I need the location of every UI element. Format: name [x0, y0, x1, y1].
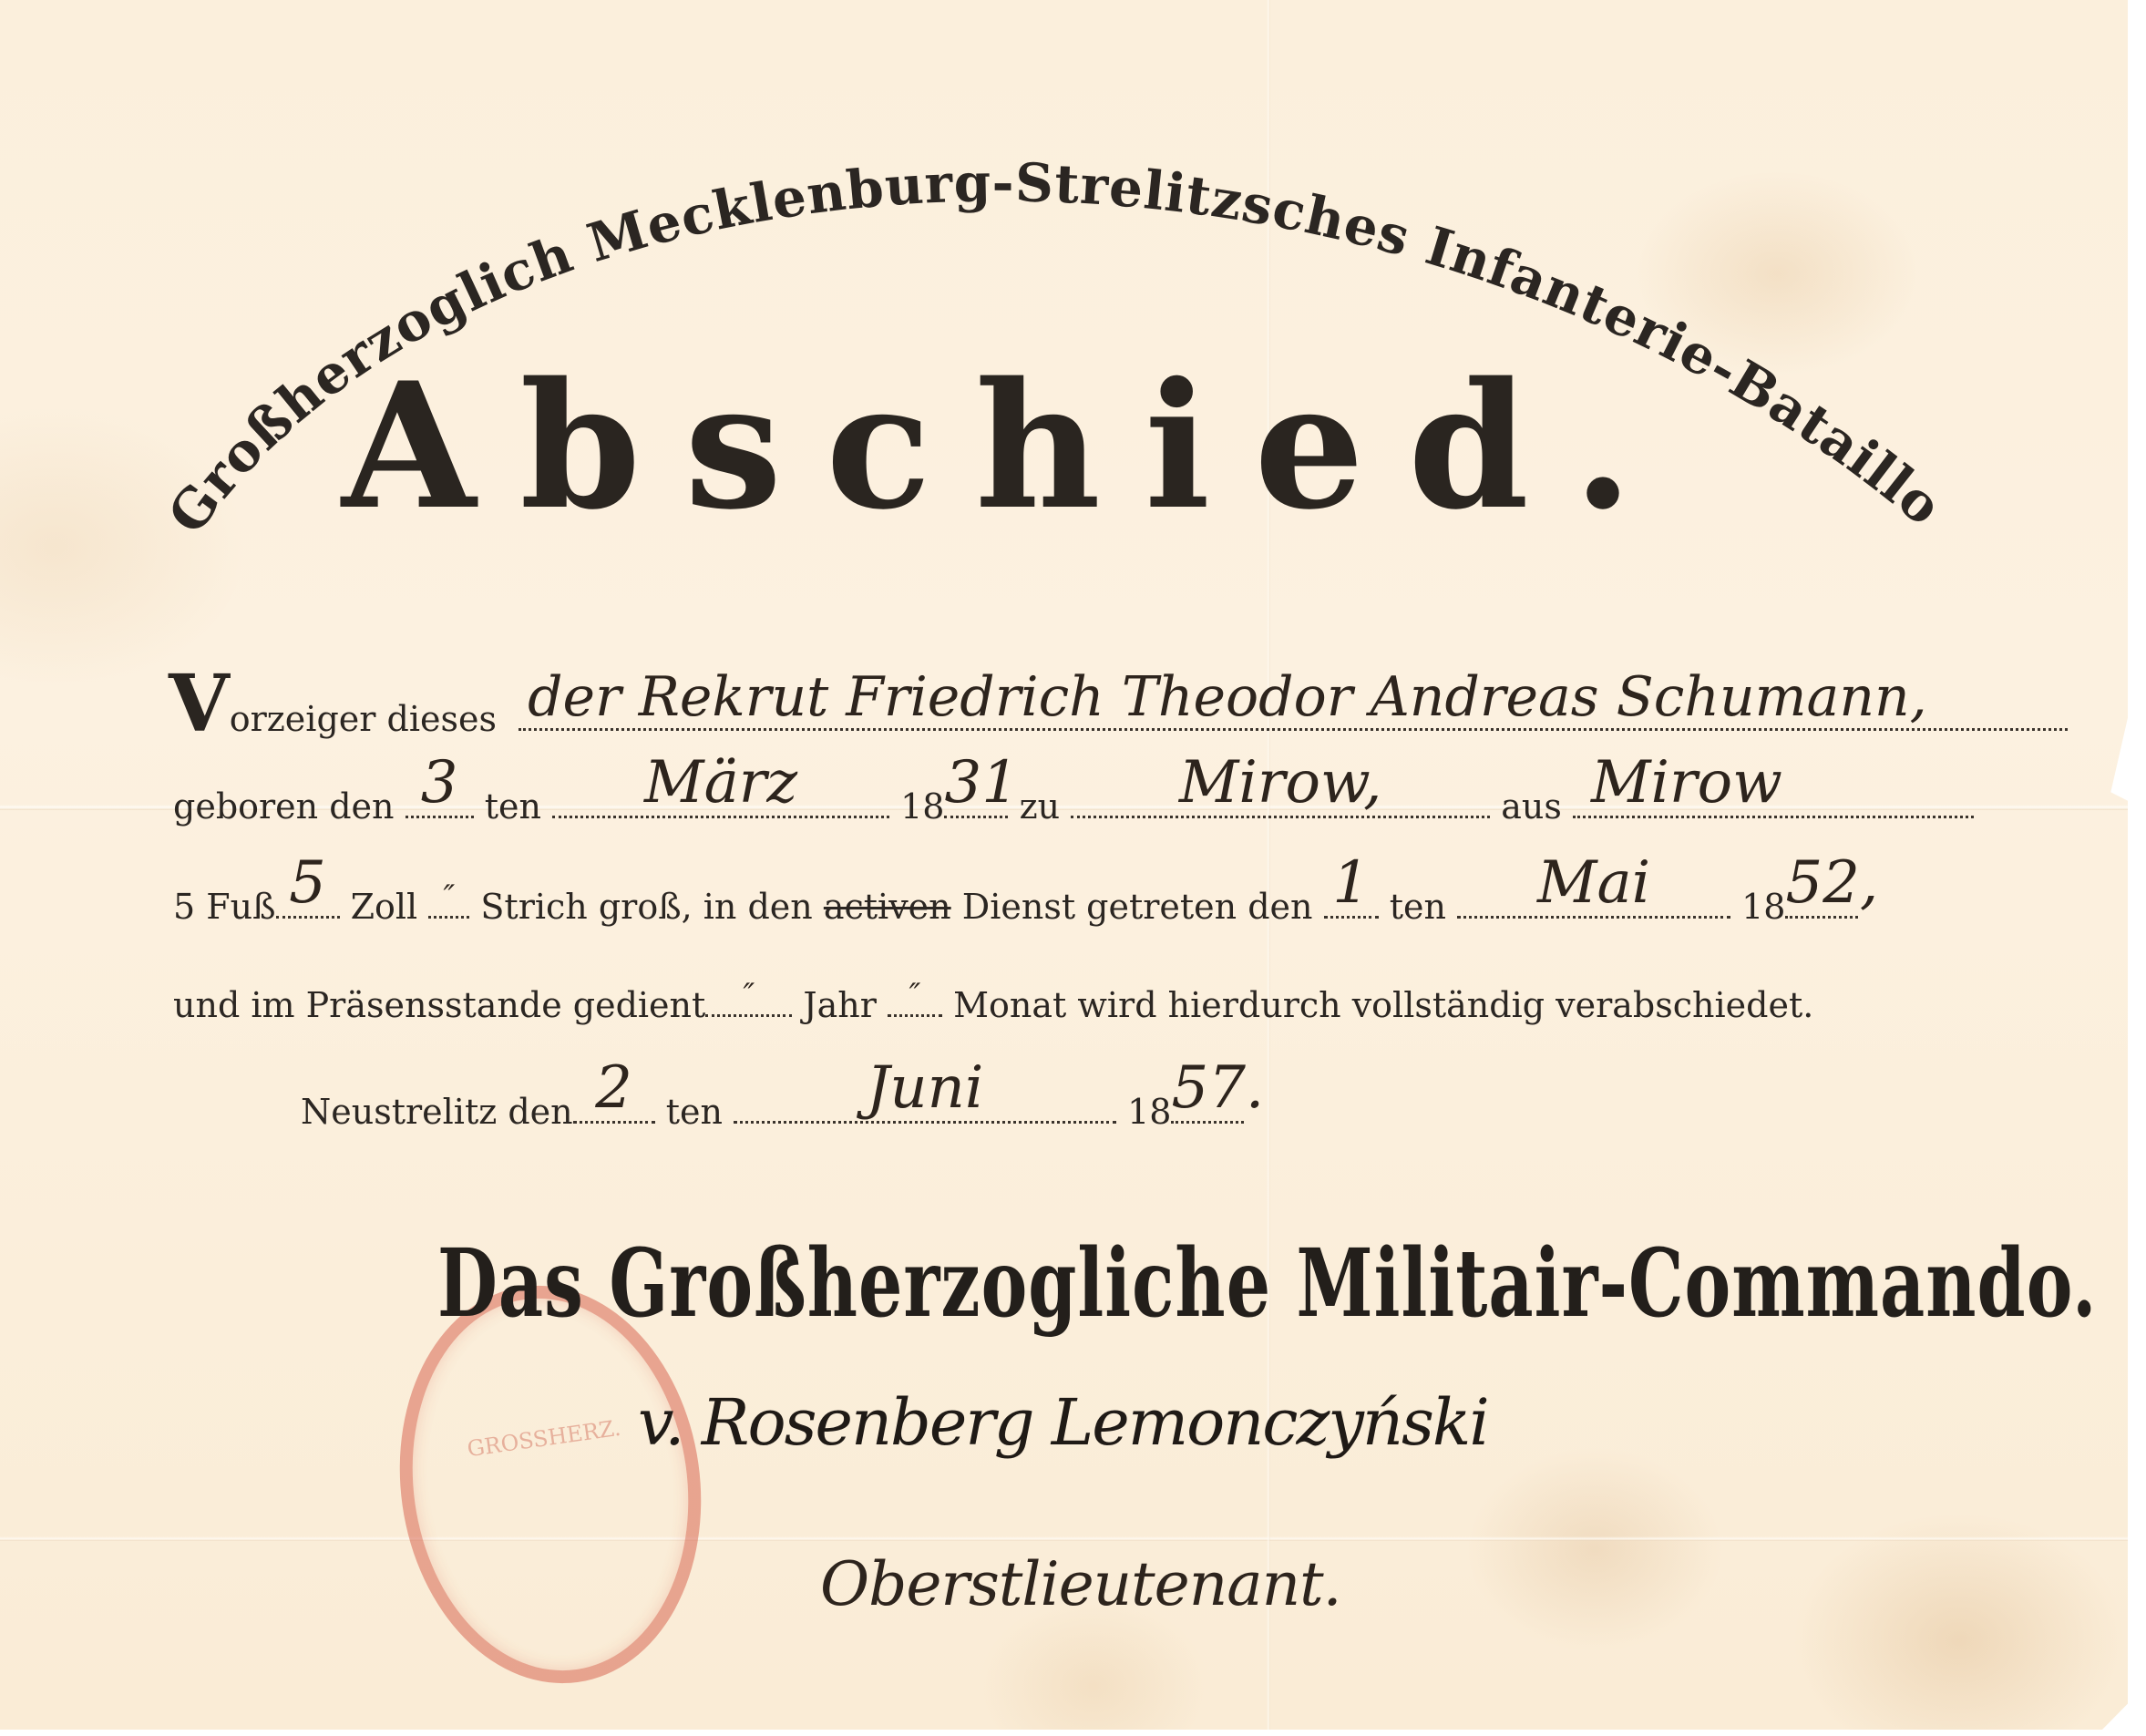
place-date-line: Neustrelitz den2 ten Juni 1857.	[301, 1094, 1244, 1129]
year-prefix: 18	[1127, 1094, 1171, 1129]
zu-label: zu	[1020, 789, 1061, 824]
drop-cap: V	[169, 665, 230, 744]
jahr-label: Jahr	[803, 988, 877, 1022]
birth-day-field: 3	[406, 788, 474, 818]
year-prefix: 18	[1741, 889, 1785, 924]
bearer-name-field: der Rekrut Friedrich Theodor Andreas Sch…	[519, 701, 2068, 731]
discharge-label: Monat wird hierdurch vollständig verabsc…	[953, 988, 1813, 1022]
strich-label: Strich groß, in den	[480, 889, 812, 924]
service-month-value: Mai	[1457, 854, 1730, 912]
strich-value: ″	[428, 881, 469, 912]
dienst-label: Dienst getreten den	[962, 889, 1313, 924]
months-field: ″	[888, 987, 942, 1017]
bearer-line: Vorzeiger dieses der Rekrut Friedrich Th…	[169, 665, 2068, 744]
birthplace-value: Mirow,	[1071, 754, 1490, 812]
birth-month-value: März	[552, 754, 889, 812]
ten-label: ten	[1390, 889, 1446, 924]
birth-month-field: März	[552, 788, 889, 818]
birth-year-value: 31	[944, 754, 1008, 812]
birth-day-value: 3	[406, 754, 474, 812]
service-month-field: Mai	[1457, 889, 1730, 919]
ten-label: ten	[485, 789, 541, 824]
service-year-value: 52,	[1785, 854, 1858, 912]
feet-value: 5	[173, 889, 195, 924]
place-label: Neustrelitz den	[301, 1094, 573, 1129]
issue-month-field: Juni	[734, 1094, 1116, 1124]
fold-crease-horizontal-lower	[0, 1536, 2128, 1541]
height-service-line: 5 Fuß5 Zoll ″ Strich groß, in den active…	[173, 889, 1858, 924]
birth-year-field: 31	[944, 788, 1008, 818]
bearer-name-value: der Rekrut Friedrich Theodor Andreas Sch…	[528, 670, 2068, 724]
issue-year-value: 57.	[1171, 1059, 1244, 1117]
service-day-field: 1	[1324, 889, 1379, 919]
struck-word: activen	[824, 889, 951, 924]
years-value: ″	[705, 980, 792, 1011]
bearer-label: orzeiger dieses	[230, 702, 497, 736]
strich-field: ″	[428, 889, 469, 919]
service-day-value: 1	[1324, 854, 1379, 912]
ten-label: ten	[666, 1094, 723, 1129]
origin-field: Mirow	[1573, 788, 1974, 818]
origin-value: Mirow	[1591, 754, 1974, 812]
document-title: Abschied.	[0, 360, 2082, 533]
zoll-label: Zoll	[351, 889, 418, 924]
service-duration-line: und im Präsensstande gedient″ Jahr ″ Mon…	[173, 987, 1813, 1022]
issue-day-field: 2	[573, 1094, 655, 1124]
issue-year-field: 57.	[1171, 1094, 1244, 1124]
birthplace-field: Mirow,	[1071, 788, 1490, 818]
aus-label: aus	[1501, 789, 1562, 824]
years-field: ″	[705, 987, 792, 1017]
commander-rank: Oberstlieutenant.	[820, 1549, 1341, 1619]
issue-day-value: 2	[573, 1059, 655, 1117]
born-label: geboren den	[173, 789, 395, 824]
zoll-value: 5	[276, 854, 340, 912]
birth-line: geboren den 3 ten März 1831 zu Mirow, au…	[173, 788, 1974, 824]
issue-month-value: Juni	[734, 1059, 1116, 1117]
issuer-title: Das Großherzogliche Militair-Commando.	[437, 1228, 2098, 1338]
zoll-field: 5	[276, 889, 340, 919]
fuss-label: Fuß	[206, 889, 275, 924]
year-prefix: 18	[900, 789, 944, 824]
commander-signature: v. Rosenberg Lemonczyński	[638, 1385, 1488, 1460]
presence-label: und im Präsensstande gedient	[173, 988, 705, 1022]
service-year-field: 52,	[1785, 889, 1858, 919]
months-value: ″	[888, 980, 942, 1011]
